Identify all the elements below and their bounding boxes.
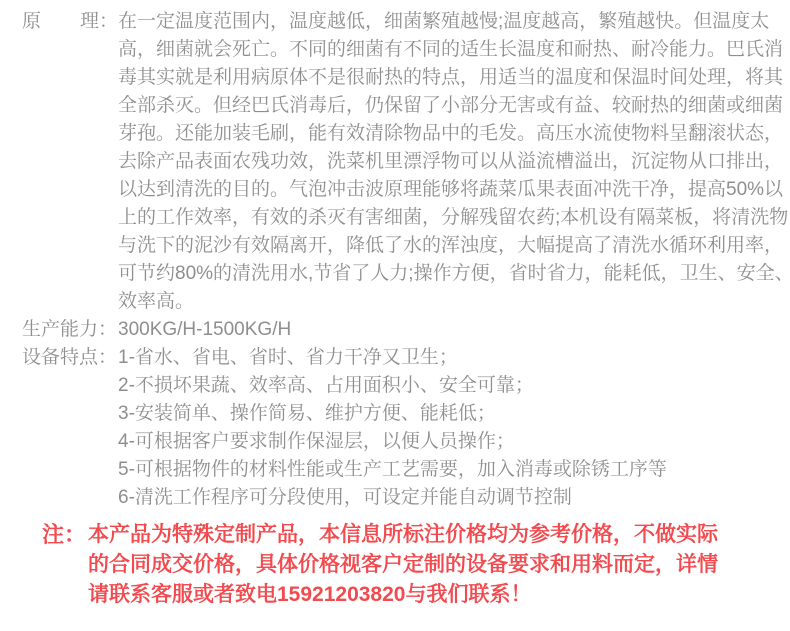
principle-text-line: 与洗下的泥沙有效隔离开，降低了水的浑浊度，大幅提高了清洗水循环利用率， <box>118 232 790 260</box>
features-section: 设备特点： 1-省水、省电、省时、省力干净又卫生；2-不损坏果蔬、效率高、占用面… <box>22 344 790 512</box>
feature-item: 1-省水、省电、省时、省力干净又卫生； <box>118 344 667 372</box>
note-text-line: 的合同成交价格，具体价格视客户定制的设备要求和用料而定，详情 <box>88 550 718 580</box>
principle-text: 在一定温度范围内，温度越低，细菌繁殖越慢;温度越高，繁殖越快。但温度太高，细菌就… <box>118 8 790 316</box>
features-label: 设备特点： <box>22 344 118 372</box>
note-text: 本产品为特殊定制产品，本信息所标注价格均为参考价格，不做实际的合同成交价格，具体… <box>88 520 718 610</box>
principle-text-line: 芽孢。还能加装毛刷，能有效清除物品中的毛发。高压水流使物料呈翻滚状态， <box>118 120 790 148</box>
note-text-line: 请联系客服或者致电15921203820与我们联系！ <box>88 580 718 610</box>
feature-item: 4-可根据客户要求制作保湿层，以便人员操作； <box>118 428 667 456</box>
principle-text-line: 毒其实就是利用病原体不是很耐热的特点，用适当的温度和保温时间处理，将其 <box>118 64 790 92</box>
capacity-section: 生产能力： 300KG/H-1500KG/H <box>22 316 790 344</box>
principle-text-line: 在一定温度范围内，温度越低，细菌繁殖越慢;温度越高，繁殖越快。但温度太 <box>118 8 790 36</box>
product-description-document: 原 理： 在一定温度范围内，温度越低，细菌繁殖越慢;温度越高，繁殖越快。但温度太… <box>0 0 790 610</box>
feature-item: 3-安装简单、操作简易、维护方便、能耗低； <box>118 400 667 428</box>
principle-text-line: 可节约80%的清洗用水,节省了人力;操作方便，省时省力，能耗低，卫生、安全、 <box>118 260 790 288</box>
principle-section: 原 理： 在一定温度范围内，温度越低，细菌繁殖越慢;温度越高，繁殖越快。但温度太… <box>22 8 790 316</box>
principle-text-line: 去除产品表面农残功效，洗菜机里漂浮物可以从溢流槽溢出，沉淀物从口排出， <box>118 148 790 176</box>
feature-item: 5-可根据物件的材料性能或生产工艺需要，加入消毒或除锈工序等 <box>118 456 667 484</box>
principle-label: 原 理： <box>22 8 118 36</box>
principle-text-line: 效率高。 <box>118 288 790 316</box>
feature-item: 6-清洗工作程序可分段使用，可设定并能自动调节控制 <box>118 484 667 512</box>
principle-text-line: 以达到清洗的目的。气泡冲击波原理能够将蔬菜瓜果表面冲洗干净，提高50%以 <box>118 176 790 204</box>
feature-item: 2-不损坏果蔬、效率高、占用面积小、安全可靠； <box>118 372 667 400</box>
features-list: 1-省水、省电、省时、省力干净又卫生；2-不损坏果蔬、效率高、占用面积小、安全可… <box>118 344 667 512</box>
note-label: 注： <box>42 520 88 550</box>
note-section: 注： 本产品为特殊定制产品，本信息所标注价格均为参考价格，不做实际的合同成交价格… <box>22 520 790 610</box>
principle-text-line: 高，细菌就会死亡。不同的细菌有不同的适生长温度和耐热、耐冷能力。巴氏消 <box>118 36 790 64</box>
principle-label-char: 原 <box>22 8 41 36</box>
capacity-label: 生产能力： <box>22 316 118 344</box>
principle-text-line: 上的工作效率，有效的杀灭有害细菌，分解残留农药;本机设有隔菜板，将清洗物 <box>118 204 790 232</box>
principle-label-char: 理： <box>80 8 118 36</box>
capacity-value: 300KG/H-1500KG/H <box>118 316 291 344</box>
note-text-line: 本产品为特殊定制产品，本信息所标注价格均为参考价格，不做实际 <box>88 520 718 550</box>
principle-text-line: 全部杀灭。但经巴氏消毒后，仍保留了小部分无害或有益、较耐热的细菌或细菌 <box>118 92 790 120</box>
